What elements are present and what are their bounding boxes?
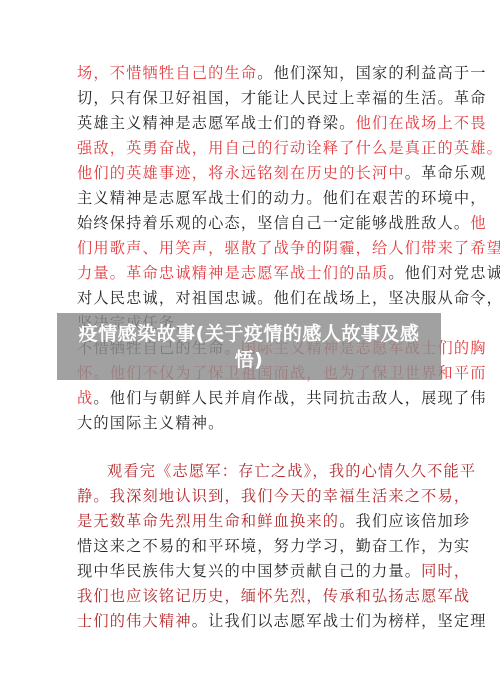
body-text: 始终保持着乐观的心态，坚信自己一定能够战胜敌人。	[77, 214, 470, 232]
highlighted-text: 战	[77, 389, 93, 407]
title-banner-overlay: 疫情感染故事(关于疫情的感人故事及感悟)	[57, 313, 441, 380]
paragraph-line: 惜这来之不易的和平环境，努力学习，勤奋工作，为实	[77, 536, 427, 556]
highlighted-text: 我们也应该铭记历史，缅怀先烈，传承和弘扬志愿军战	[77, 587, 470, 605]
paragraph-line: 是无数革命先烈用生命和鲜血换来的。我们应该倍加珍	[77, 511, 427, 531]
paragraph-line: 观看完《志愿军：存亡之战》，我的心情久久不能平	[77, 461, 427, 481]
body-text: 现中华民族伟大复兴的中国梦贡献自己的力量。	[77, 562, 421, 580]
highlighted-text: 他	[470, 214, 486, 232]
highlighted-text: 场，不惜牺牲自己的生命	[77, 64, 257, 82]
body-text: 大的国际主义精神。	[77, 414, 225, 432]
body-text: 。他们深知，国家的利益高于一	[257, 64, 486, 82]
paragraph-line: 强敌，英勇奋战，用自己的行动诠释了什么是真正的英雄。	[77, 138, 427, 158]
highlighted-text: 静。我深刻地认识到，我们今天的幸福生活来之不易，	[77, 487, 470, 505]
paragraph-line: 切，只有保卫好祖国，才能让人民过上幸福的生活。革命	[77, 88, 427, 108]
paragraph-line: 他们的英雄事迹，将永远铭刻在历史的长河中。革命乐观	[77, 163, 427, 183]
paragraph-line: 主义精神是志愿军战士们的动力。他们在艰苦的环境中，	[77, 188, 427, 208]
paragraph-line: 静。我深刻地认识到，我们今天的幸福生活来之不易，	[77, 486, 427, 506]
document-page: 场，不惜牺牲自己的生命。他们深知，国家的利益高于一切，只有保卫好祖国，才能让人民…	[0, 0, 500, 693]
highlighted-text: 是无数革命先烈用生命和鲜血换来的	[77, 512, 339, 530]
paragraph-line: 大的国际主义精神。	[77, 413, 427, 433]
body-text: 。他们与朝鲜人民并肩作战，共同抗击敌人，展现了伟	[93, 389, 486, 407]
body-text: 。让我们以志愿军战士们为榜样，坚定理	[192, 612, 487, 630]
highlighted-text: 士们的伟大精神	[77, 612, 192, 630]
paragraph-line: 现中华民族伟大复兴的中国梦贡献自己的力量。同时，	[77, 561, 427, 581]
highlighted-text: 力量。革命忠诚精神是志愿军战士们的品质	[77, 264, 388, 282]
body-text: 。我们应该倍加珍	[339, 512, 470, 530]
body-text: 。革命乐观	[405, 164, 487, 182]
paragraph-line: 战。他们与朝鲜人民并肩作战，共同抗击敌人，展现了伟	[77, 388, 427, 408]
paragraph-line: 对人民忠诚，对祖国忠诚。他们在战场上，坚决服从命令，	[77, 288, 427, 308]
paragraph-line: 英雄主义精神是志愿军战士们的脊梁。他们在战场上不畏	[77, 113, 427, 133]
article-title: 疫情感染故事(关于疫情的感人故事及感悟)	[69, 321, 429, 373]
highlighted-text: 他们在战场上不畏	[356, 114, 487, 132]
highlighted-text: 他们的英雄事迹，将永远铭刻在历史的长河中	[77, 164, 405, 182]
body-text: 切，只有保卫好祖国，才能让人民过上幸福的生活。革命	[77, 89, 487, 107]
paragraph-line: 我们也应该铭记历史，缅怀先烈，传承和弘扬志愿军战	[77, 586, 427, 606]
highlighted-text: 观看完《志愿军：存亡之战》，我的心情久久不能平	[77, 462, 476, 480]
body-text: 主义精神是志愿军战士们的动力。他们在艰苦的环境中，	[77, 189, 487, 207]
paragraph-line: 士们的伟大精神。让我们以志愿军战士们为榜样，坚定理	[77, 611, 427, 631]
body-text: 对人民忠诚，对祖国忠诚。他们在战场上，坚决服从命令，	[77, 289, 500, 307]
body-text: 惜这来之不易的和平环境，努力学习，勤奋工作，为实	[77, 537, 470, 555]
paragraph-line: 们用歌声、用笑声，驱散了战争的阴霾，给人们带来了希望和	[77, 238, 427, 258]
highlighted-text: 同时，	[421, 562, 470, 580]
body-text: 英雄主义精神是志愿军战士们的脊梁。	[77, 114, 356, 132]
highlighted-text: 强敌，英勇奋战，用自己的行动诠释了什么是真正的英雄。	[77, 139, 500, 157]
body-text: 。他们对党忠诚，	[388, 264, 500, 282]
paragraph-line: 始终保持着乐观的心态，坚信自己一定能够战胜敌人。他	[77, 213, 427, 233]
paragraph-line: 场，不惜牺牲自己的生命。他们深知，国家的利益高于一	[77, 63, 427, 83]
paragraph-line: 力量。革命忠诚精神是志愿军战士们的品质。他们对党忠诚，	[77, 263, 427, 283]
highlighted-text: 们用歌声、用笑声，驱散了战争的阴霾，给人们带来了希望和	[77, 239, 500, 257]
